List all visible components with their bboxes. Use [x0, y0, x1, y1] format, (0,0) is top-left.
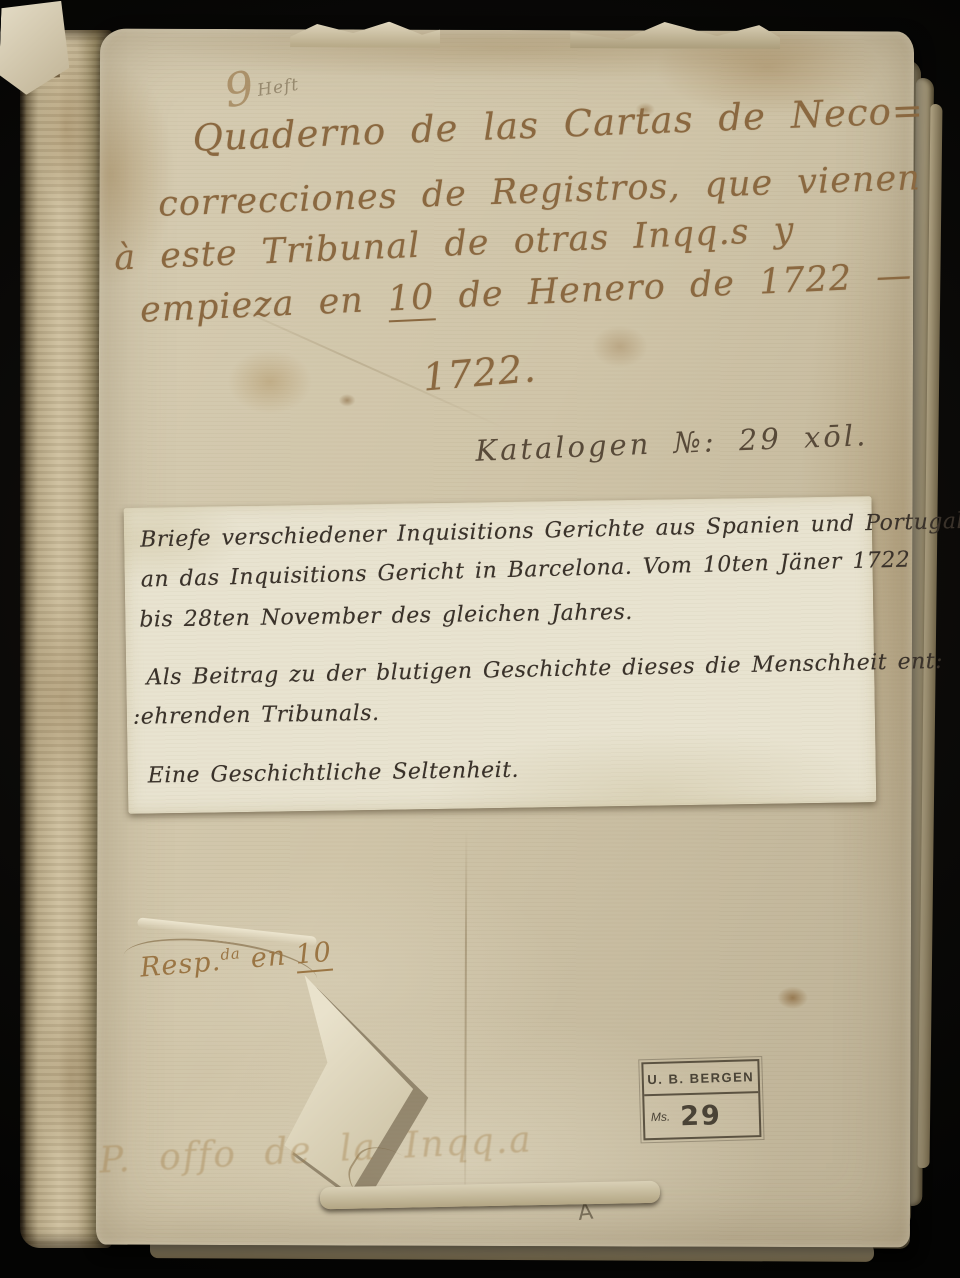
- title-line-4-post: de Henero de 1722 —: [433, 256, 913, 318]
- label-paragraph2-line1: Als Beitrag zu der blutigen Geschichte d…: [146, 649, 943, 691]
- ink-flourish: 9: [220, 60, 258, 118]
- front-cover: 9 Heft Quaderno de las Cartas de Neco= c…: [96, 29, 914, 1248]
- label-paragraph1-line2: an das Inquisitions Gericht in Barcelona…: [141, 547, 911, 592]
- photo-background: 22 9 Heft Quaderno de las Cartas de Neco…: [0, 0, 960, 1278]
- label-paragraph3: Eine Geschichtliche Seltenheit.: [148, 758, 520, 789]
- label-paragraph1-line1: Briefe verschiedener Inquisitions Gerich…: [140, 509, 960, 553]
- year-inscription: 1722.: [421, 346, 538, 399]
- library-stamp: U. B. BERGEN Ms. 29: [641, 1059, 761, 1140]
- pasted-label: Briefe verschiedener Inquisitions Gerich…: [124, 496, 877, 814]
- stamp-number: 29: [680, 1100, 722, 1132]
- response-note-superscript: da: [220, 944, 242, 964]
- title-line-1: Quaderno de las Cartas de Neco=: [192, 89, 925, 160]
- title-line-2: correcciones de Registros, que vienen: [158, 158, 922, 225]
- response-note-mid: en: [240, 940, 297, 975]
- catalog-note: Katalogen №: 29 xōl.: [475, 418, 869, 468]
- underlined-day-number: 10: [387, 277, 435, 322]
- pencil-note: Heft: [256, 75, 301, 101]
- torn-top-edge: [570, 20, 780, 49]
- response-note-number: 10: [294, 937, 333, 974]
- label-paragraph1-line3: bis 28ten November des gleichen Jahres.: [139, 600, 633, 633]
- stamp-institution: U. B. BERGEN: [643, 1061, 758, 1096]
- label-paragraph2-line2: :ehrenden Tribunals.: [133, 701, 380, 730]
- torn-top-edge: [290, 21, 440, 48]
- stamp-shelfmark-row: Ms. 29: [644, 1093, 759, 1138]
- stamp-ms-label: Ms.: [651, 1110, 671, 1125]
- title-line-4-pre: empieza en: [139, 279, 389, 330]
